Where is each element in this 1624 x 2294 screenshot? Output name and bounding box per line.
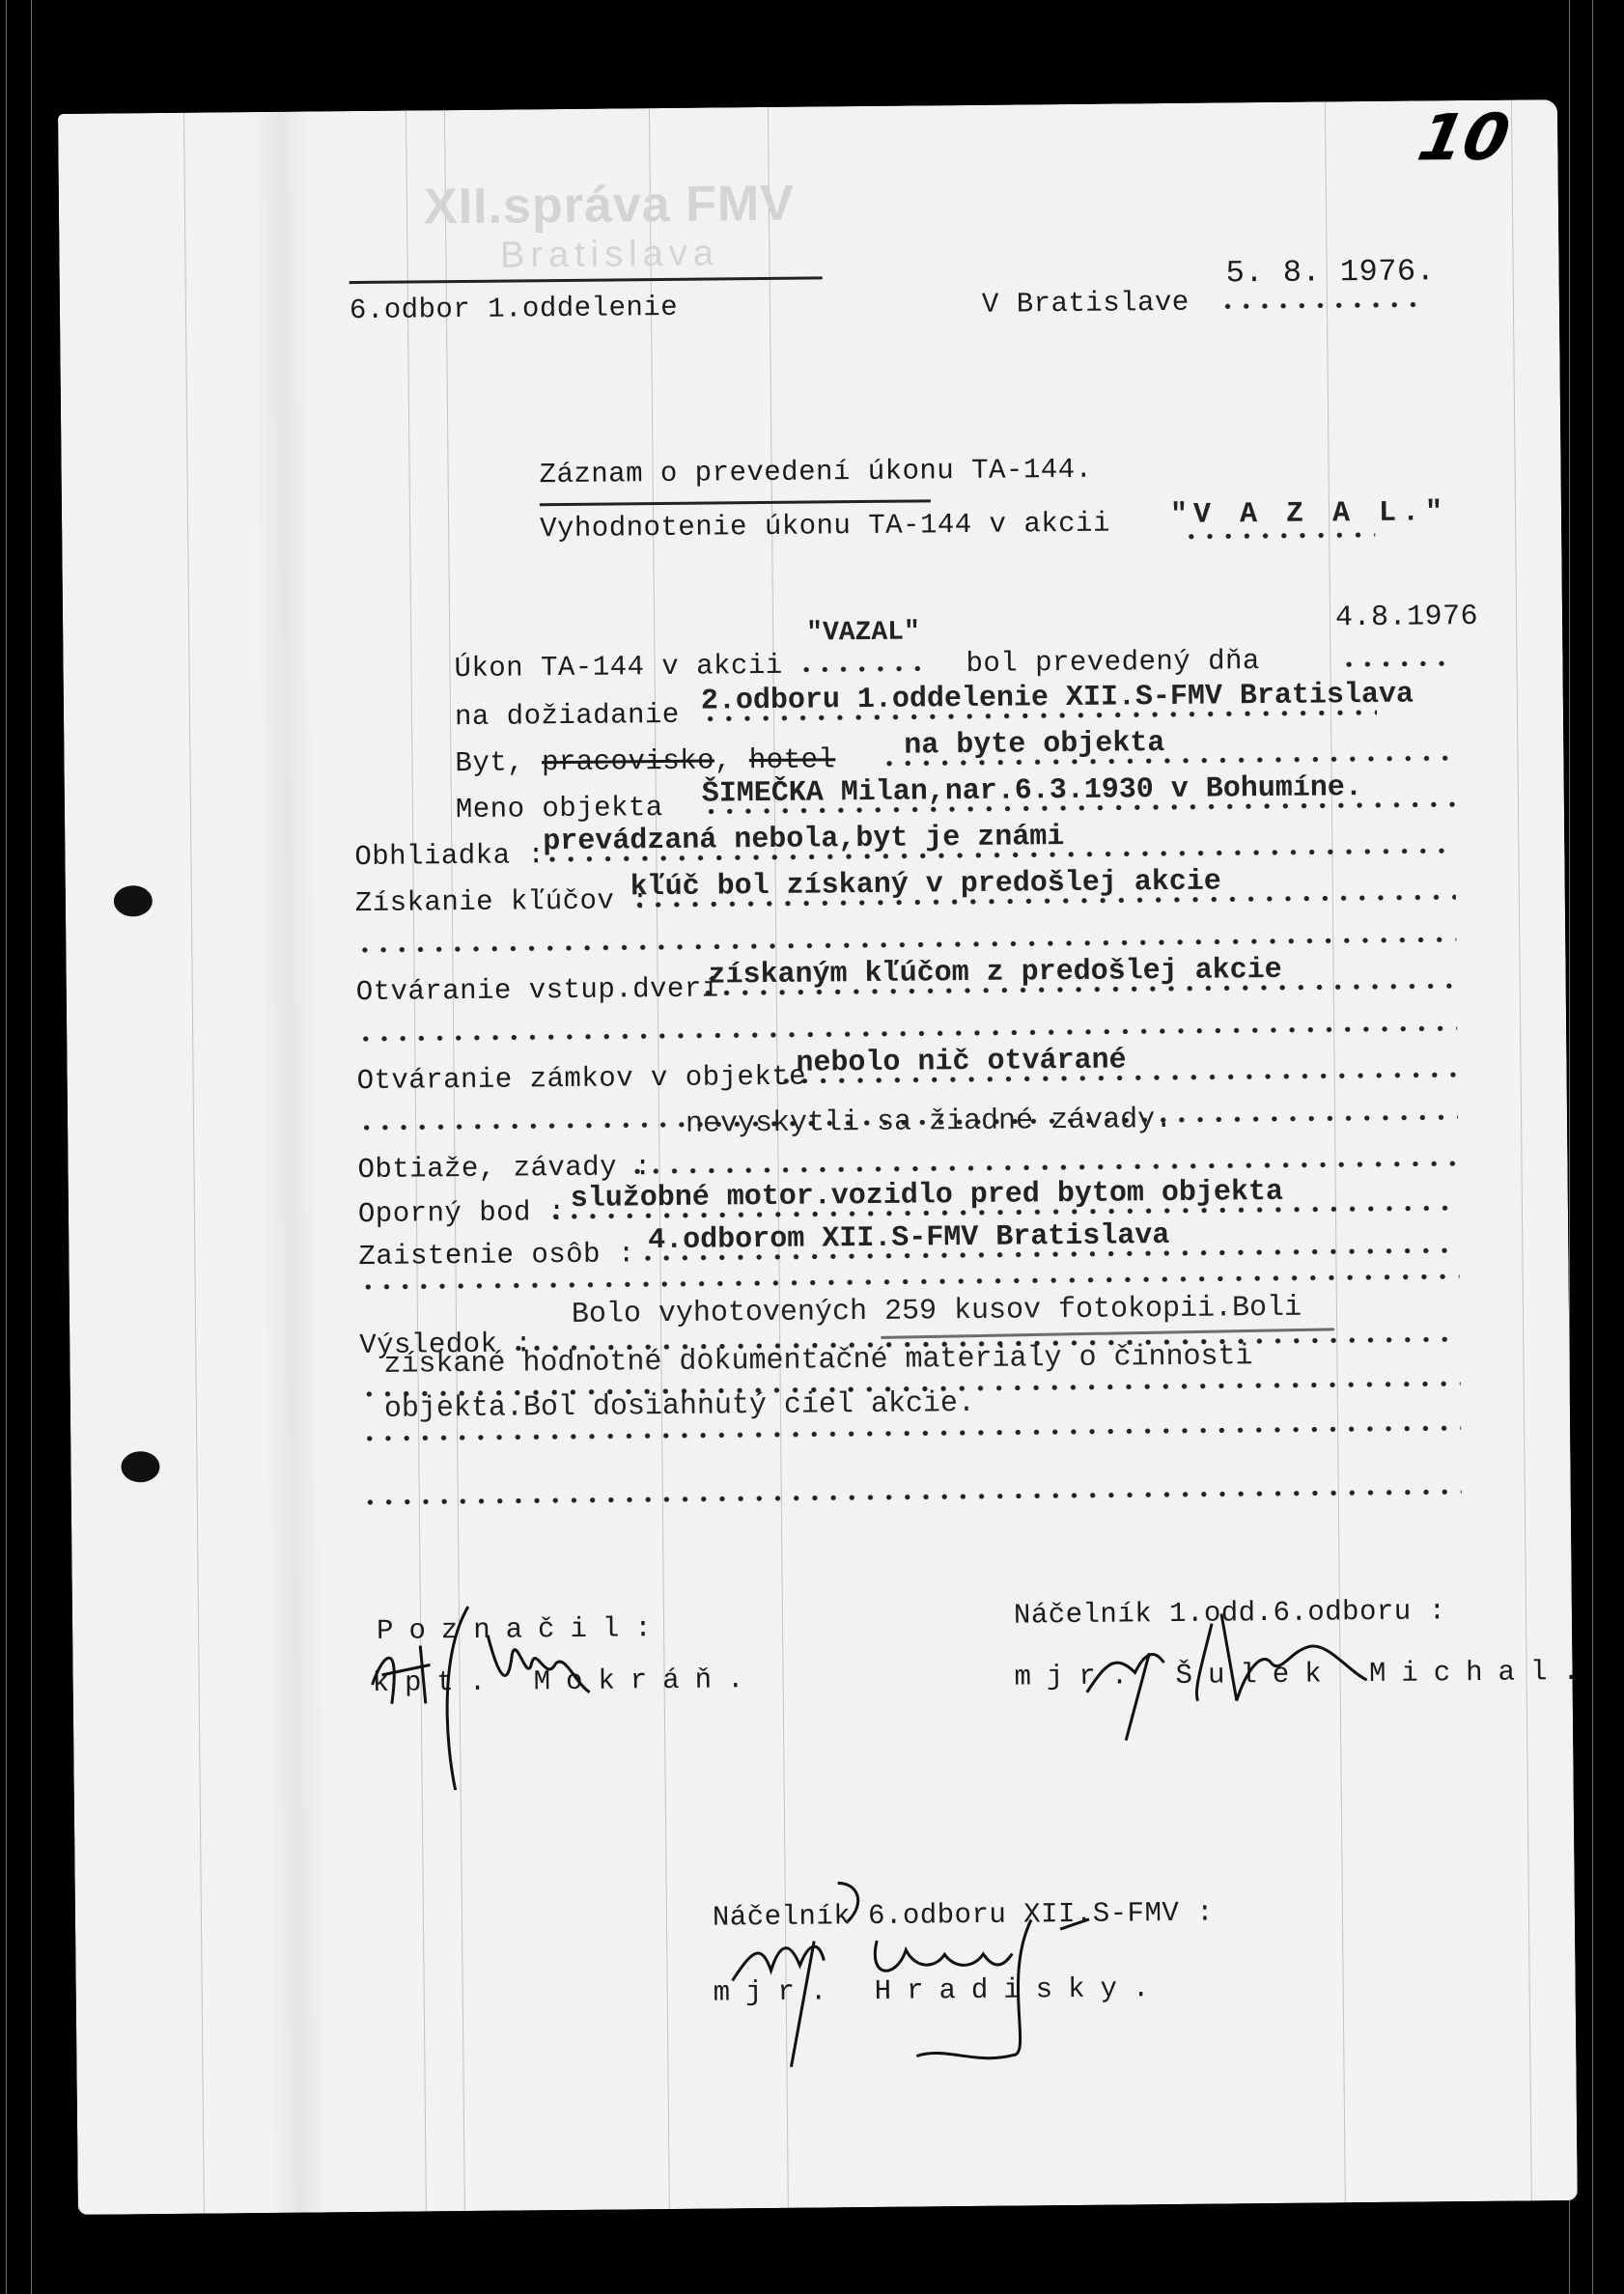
header-rule [350, 276, 823, 284]
punch-hole [114, 885, 153, 916]
action-prefix: Úkon TA-144 v akcii [454, 650, 782, 685]
action-name: "VAZAL" [806, 617, 920, 648]
place-prefix: Byt, pracovisko, hotel [455, 743, 835, 779]
subject-label: Meno objekta [456, 792, 663, 825]
field-value: nevyskytli sa žiadné závady. [686, 1104, 1172, 1141]
chief-div-label: Náčelník 6.odboru XII.S-FMV : [713, 1897, 1214, 1934]
field-label: Otváranie vstup.dverí [356, 972, 719, 1008]
film-edge-line [1592, 0, 1593, 2294]
field-label: Zaistenie osôb : [358, 1238, 635, 1273]
form-field-row: Otváranie vstup.dverízískaným kľúčom z p… [58, 99, 1557, 114]
chief-div-name: mjr. Hradisky. [714, 1972, 1165, 2008]
place-value: na byte objekta [904, 727, 1164, 763]
struck-option: hotel [749, 743, 836, 776]
result-line-3: objekta.Bol dosiahnutý ciel akcie. [384, 1387, 975, 1426]
request-label: na dožiadanie [455, 699, 680, 733]
result-line-2: získané hodnotné dokumentačné materialy … [383, 1340, 1252, 1382]
recorder-name: kpt. Mokráň. [372, 1664, 759, 1699]
result-line-1: Bolo vyhotovených 259 kusov fotokopii.Bo… [572, 1292, 1302, 1331]
form-field-row: Zaistenie osôb :4.odborom XII.S-FMV Brat… [58, 99, 1557, 114]
department: 6.odbor 1.oddelenie [350, 292, 678, 326]
subtitle-action-name: "V A Z A L." [1170, 496, 1448, 532]
performed-date: 4.8.1976 [1335, 601, 1478, 634]
field-label: Obtiaže, závady : [357, 1151, 652, 1186]
form-field-row: Obhliadka :prevádzaná nebola,byt je znám… [58, 99, 1557, 114]
chief-dept-name: mjr. Šulek Michal. [1014, 1656, 1595, 1693]
stamp-line-2: Bratislava [349, 232, 870, 278]
form-field-row: Otváranie zámkov v objektenebolo nič otv… [58, 99, 1557, 114]
film-edge-line [6, 0, 7, 2294]
field-label: Otváranie zámkov v objekte [356, 1061, 806, 1097]
document-date: 5. 8. 1976. [1225, 253, 1435, 291]
subtitle-label: Vyhodnotenie úkonu TA-144 v akcii [540, 508, 1110, 546]
title-rule [540, 499, 931, 506]
document-page: 10 XII.správa FMV Bratislava 6.odbor 1.o… [58, 99, 1578, 2215]
chief-dept-label: Náčelník 1.odd.6.odboru : [1014, 1595, 1446, 1631]
form-field-row: Obtiaže, závady :nevyskytli sa žiadné zá… [58, 99, 1557, 114]
document-title: Záznam o prevedení úkonu TA-144. [539, 454, 1092, 490]
office-stamp: XII.správa FMV Bratislava [349, 174, 871, 278]
form-field-row: Oporný bod :služobné motor.vozidlo pred … [58, 99, 1557, 114]
form-field-row: Získanie kľúčov :kľúč bol získaný v pred… [58, 99, 1557, 114]
performed-label: bol prevedený dňa [966, 645, 1260, 680]
stamp-line-1: XII.správa FMV [349, 174, 871, 237]
field-label: Získanie kľúčov : [355, 884, 650, 919]
film-edge-line [31, 0, 32, 2294]
page-number: 10 [1412, 100, 1515, 176]
punch-hole [121, 1451, 159, 1482]
field-label: Oporný bod : [358, 1196, 566, 1230]
recorder-label: Poznačil: [377, 1612, 667, 1647]
field-label: Obhliadka : [354, 839, 545, 873]
place-label: V Bratislave [982, 287, 1190, 321]
struck-option: pracovisko [542, 745, 714, 779]
